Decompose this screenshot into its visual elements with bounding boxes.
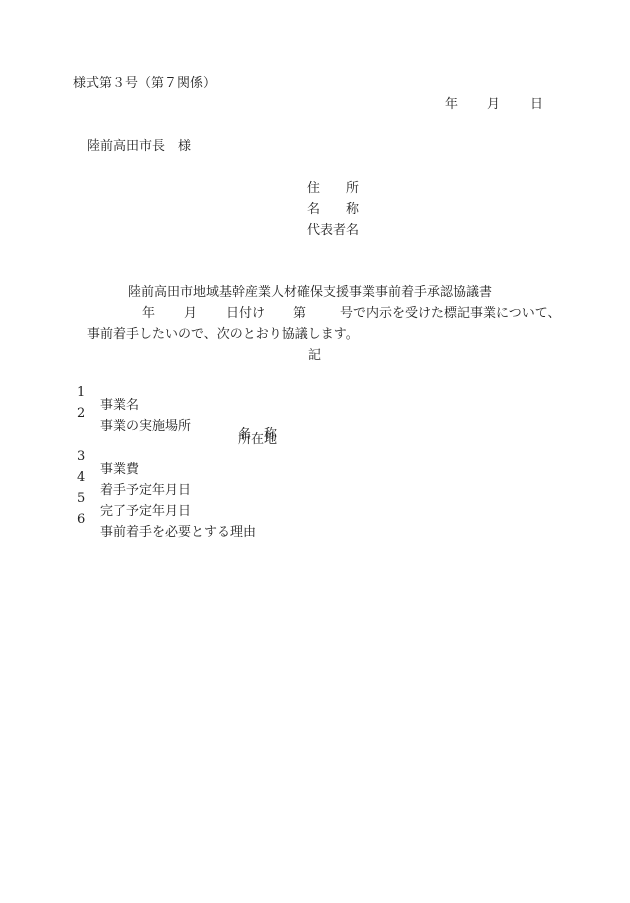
item-label: 事業名 — [100, 399, 139, 412]
body-line-2: 事前着手したいので、次のとおり協議します。 — [87, 328, 359, 341]
body-rest: 号で内示を受けた標記事業について、 — [340, 307, 560, 320]
item-number: 4 — [77, 471, 85, 484]
form-number: 様式第３号（第７関係） — [73, 77, 216, 90]
item-number: 1 — [77, 386, 85, 399]
document-title: 陸前高田市地域基幹産業人材確保支援事業事前着手承認協議書 — [128, 286, 492, 299]
body-number-prefix: 第 — [293, 307, 306, 320]
applicant-representative-label: 代表者名 — [307, 224, 359, 237]
item-number: 3 — [77, 450, 85, 463]
item-label: 完了予定年月日 — [100, 505, 191, 518]
item-number: 2 — [77, 407, 85, 420]
ki-heading: 記 — [308, 349, 321, 362]
applicant-address-label: 住 所 — [307, 182, 359, 195]
list-item: 6 事前着手を必要とする理由 — [0, 500, 25, 552]
item-label: 事前着手を必要とする理由 — [100, 526, 256, 539]
item-label: 着手予定年月日 — [100, 484, 191, 497]
addressee: 陸前高田市長 様 — [87, 140, 191, 153]
item-number: 5 — [77, 492, 85, 505]
body-year: 年 — [142, 307, 155, 320]
item-number: 6 — [77, 513, 85, 526]
body-month: 月 — [184, 307, 197, 320]
item-label: 事業の実施場所 — [100, 420, 191, 433]
date-month: 月 — [487, 98, 500, 111]
item-sub-name: 名 称 — [238, 428, 277, 441]
body-day-suffix: 日付け — [226, 307, 265, 320]
date-day: 日 — [530, 98, 543, 111]
applicant-name-label: 名 称 — [307, 203, 359, 216]
date-year: 年 — [445, 98, 458, 111]
item-label: 事業費 — [100, 463, 139, 476]
